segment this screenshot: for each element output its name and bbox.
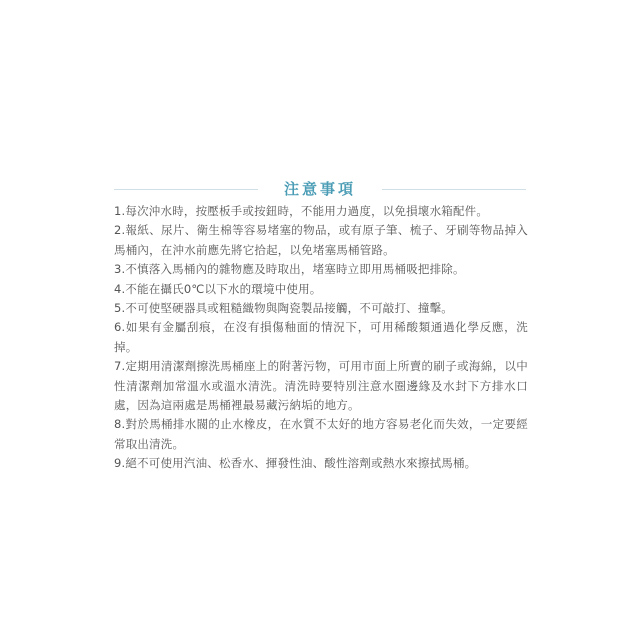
notice-item: 8.對於馬桶排水閥的止水橡皮，在水質不太好的地方容易老化而失效，一定要經常取出清… bbox=[114, 415, 528, 454]
notice-item: 3.不慎落入馬桶內的雜物應及時取出，堵塞時立即用馬桶吸把排除。 bbox=[114, 260, 528, 279]
notice-item: 4.不能在攝氏0℃以下水的環境中使用。 bbox=[114, 280, 528, 299]
notice-page: 注意事項 1.每次沖水時，按壓板手或按鈕時，不能用力過度，以免損壞水箱配件。 2… bbox=[0, 0, 640, 640]
page-title: 注意事項 bbox=[284, 179, 356, 199]
notice-item: 2.報紙、尿片、衛生棉等容易堵塞的物品，或有原子筆、梳子、牙刷等物品掉入馬桶內，… bbox=[114, 221, 528, 260]
notice-item: 6.如果有金屬刮痕，在沒有損傷釉面的情況下，可用稀酸類通過化學反應，洗掉。 bbox=[114, 318, 528, 357]
notice-list: 1.每次沖水時，按壓板手或按鈕時，不能用力過度，以免損壞水箱配件。 2.報紙、尿… bbox=[114, 202, 528, 474]
notice-item: 9.絕不可使用汽油、松香水、揮發性油、酸性溶劑或熱水來擦拭馬桶。 bbox=[114, 454, 528, 473]
title-divider-left bbox=[114, 189, 258, 190]
title-divider-right bbox=[382, 189, 526, 190]
title-row: 注意事項 bbox=[114, 179, 526, 199]
notice-item: 5.不可使堅硬器具或粗糙織物與陶瓷製品接觸，不可敲打、撞擊。 bbox=[114, 299, 528, 318]
notice-item: 1.每次沖水時，按壓板手或按鈕時，不能用力過度，以免損壞水箱配件。 bbox=[114, 202, 528, 221]
notice-item: 7.定期用清潔劑擦洗馬桶座上的附著污物，可用市面上所賣的刷子或海綿，以中性清潔劑… bbox=[114, 357, 528, 415]
